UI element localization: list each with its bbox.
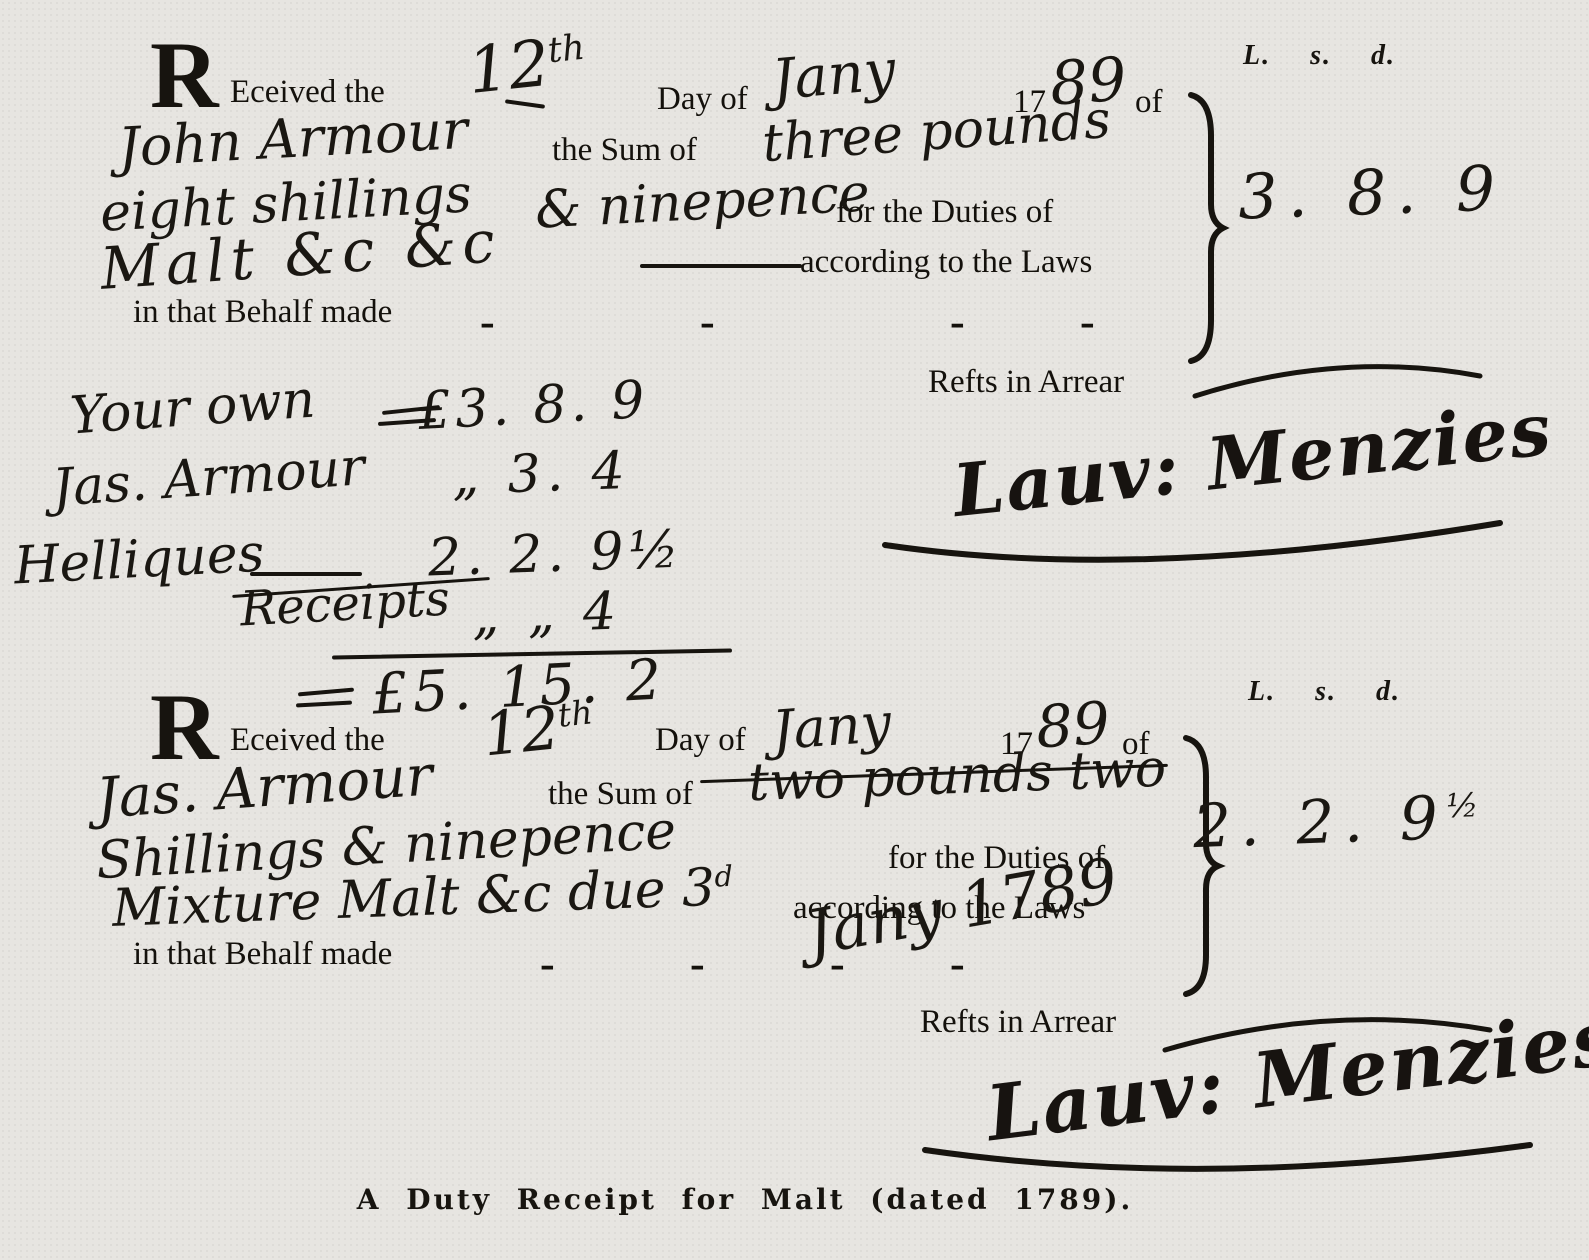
ink-stroke — [640, 264, 802, 268]
signature-flourish — [880, 505, 1510, 585]
figure-caption: A Duty Receipt for Malt (dated 1789). — [357, 1186, 1134, 1214]
receipt1-amount: 3. 8. 9 — [1237, 157, 1506, 228]
receipt1-sum-label: the Sum of — [552, 134, 697, 167]
receipt2-lsd-header: L. s. d. — [1248, 678, 1401, 706]
account-row-value: £3. 8. 9 — [417, 374, 650, 438]
receipt1-bracket — [1185, 92, 1227, 364]
duty-receipt-scan: R Eceived the 12th Day of Jany 17 89 of … — [0, 0, 1589, 1260]
account-row-label: Your own — [68, 374, 316, 443]
ink-stroke — [296, 701, 352, 708]
receipt2-day-value: 12th — [480, 694, 597, 765]
receipt1-sum-words-3: & ninepence — [534, 167, 871, 236]
receipt1-arrear-label: Refts in Arrear — [928, 366, 1124, 399]
receipt1-behalf-label: in that Behalf made — [133, 296, 392, 329]
receipt1-payer-name: John Armour — [117, 103, 469, 175]
receipt2-day-of-label: Day of — [655, 724, 746, 757]
ink-stroke — [298, 688, 354, 697]
receipt2-arrear-label: Refts in Arrear — [920, 1006, 1116, 1039]
account-row-label: Jas. Armour — [51, 441, 367, 515]
receipt2-behalf-label: in that Behalf made — [133, 938, 392, 971]
receipt1-of-label: of — [1135, 86, 1163, 119]
receipt1-month-value: Jany — [770, 43, 898, 110]
receipt2-amount: 2. 2. 9½ — [1192, 787, 1489, 857]
account-row-value: „ 3. 4 — [451, 445, 631, 503]
receipt1-laws-label: according to the Laws — [800, 246, 1092, 279]
receipt1-drop-cap: R — [150, 28, 219, 123]
receipt1-lsd-header: L. s. d. — [1243, 42, 1396, 70]
receipt1-duties-label: for the Duties of — [836, 196, 1053, 229]
receipt1-day-value: 12th — [465, 28, 589, 104]
account-row-value: „ „ 4 — [471, 585, 623, 642]
account-row-label: Helliques — [13, 527, 266, 592]
receipt1-day-of-label: Day of — [657, 83, 748, 116]
account-row-value: 2. 2. 9½ — [427, 524, 684, 585]
receipt2-bracket — [1180, 735, 1222, 997]
